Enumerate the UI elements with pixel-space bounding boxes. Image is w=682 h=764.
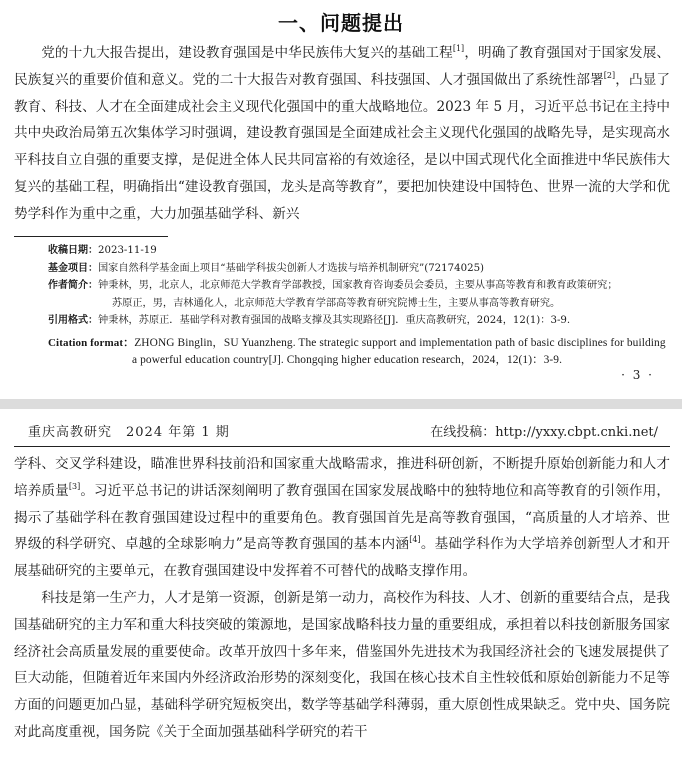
footnote-authors: 作者简介： 钟秉林，男，北京人，北京师范大学教育学部教授，国家教育咨询委员会委员…: [48, 277, 674, 295]
footnote-value: 钟秉林，苏原正．基础学科对教育强国的战略支撑及其实现路径[J]．重庆高教研究，2…: [98, 312, 570, 330]
body-text: 学科、交叉学科建设，瞄准世界科技前沿和国家重大战略需求，推进科研创新，不断提升原…: [14, 451, 670, 746]
paragraph: 党的十九大报告提出，建设教育强国是中华民族伟大复兴的基础工程[1]，明确了教育强…: [14, 40, 670, 228]
citation-en-continued: a powerful education country[J]. Chongqi…: [48, 352, 674, 369]
footnote-value: 国家自然科学基金面上项目“基础学科拔尖创新人才选拔与培养机制研究”(721740…: [98, 260, 484, 278]
footnote-received-date: 收稿日期： 2023-11-19: [48, 242, 674, 260]
header-divider: [14, 446, 670, 447]
footnote-fund: 基金项目： 国家自然科学基金面上项目“基础学科拔尖创新人才选拔与培养机制研究”(…: [48, 260, 674, 278]
page-separator: [0, 399, 682, 409]
footnote-label: 引用格式：: [48, 312, 98, 330]
section-title: 一、问题提出: [0, 7, 682, 36]
footnotes: 收稿日期： 2023-11-19 基金项目： 国家自然科学基金面上项目“基础学科…: [48, 242, 674, 369]
footnote-value: 2023-11-19: [98, 242, 157, 260]
footnote-label: 基金项目：: [48, 260, 98, 278]
citation-ref-1[interactable]: [1]: [453, 44, 464, 53]
citation-ref-4[interactable]: [4]: [409, 535, 420, 544]
footnote-divider: [14, 236, 168, 237]
paragraph: 科技是第一生产力，人才是第一资源，创新是第一动力，高校作为科技、人才、创新的重要…: [14, 585, 670, 746]
page-number: · 3 ·: [621, 368, 654, 382]
footnote-label: Citation format：: [48, 335, 134, 352]
citation-en-line: Citation format： ZHONG Binglin，SU Yuanzh…: [48, 335, 674, 352]
footnote-value: 钟秉林，男，北京人，北京师范大学教育学部教授，国家教育咨询委员会委员，主要从事高…: [98, 277, 618, 295]
document-page-3: 一、问题提出 党的十九大报告提出，建设教育强国是中华民族伟大复兴的基础工程[1]…: [0, 0, 682, 399]
journal-issue: 重庆高教研究 2024 年第 1 期: [28, 421, 230, 440]
paragraph: 学科、交叉学科建设，瞄准世界科技前沿和国家重大战略需求，推进科研创新，不断提升原…: [14, 451, 670, 585]
footnote-citation-en: Citation format： ZHONG Binglin，SU Yuanzh…: [48, 335, 674, 369]
document-page-4: 重庆高教研究 2024 年第 1 期 在线投稿：http://yxxy.cbpt…: [0, 409, 682, 764]
body-text: 党的十九大报告提出，建设教育强国是中华民族伟大复兴的基础工程[1]，明确了教育强…: [14, 40, 670, 228]
footnote-authors-continued: 苏原正，男，吉林通化人，北京师范大学教育学部高等教育研究院博士生，主要从事高等教…: [48, 295, 674, 313]
running-header: 重庆高教研究 2024 年第 1 期 在线投稿：http://yxxy.cbpt…: [0, 409, 682, 445]
citation-ref-2[interactable]: [2]: [604, 71, 615, 80]
text-segment: 党的十九大报告提出，建设教育强国是中华民族伟大复兴的基础工程: [41, 45, 453, 61]
text-segment: ，凸显了教育、科技、人才在全面建成社会主义现代化强国中的重大战略地位。2023 …: [14, 72, 670, 222]
footnote-value: ZHONG Binglin，SU Yuanzheng. The strategi…: [134, 335, 665, 352]
citation-ref-3[interactable]: [3]: [69, 482, 80, 491]
footnote-label: 作者简介：: [48, 277, 98, 295]
footnote-label: 收稿日期：: [48, 242, 98, 260]
footnote-citation-cn: 引用格式： 钟秉林，苏原正．基础学科对教育强国的战略支撑及其实现路径[J]．重庆…: [48, 312, 674, 330]
submission-link[interactable]: 在线投稿：http://yxxy.cbpt.cnki.net/: [430, 421, 658, 440]
